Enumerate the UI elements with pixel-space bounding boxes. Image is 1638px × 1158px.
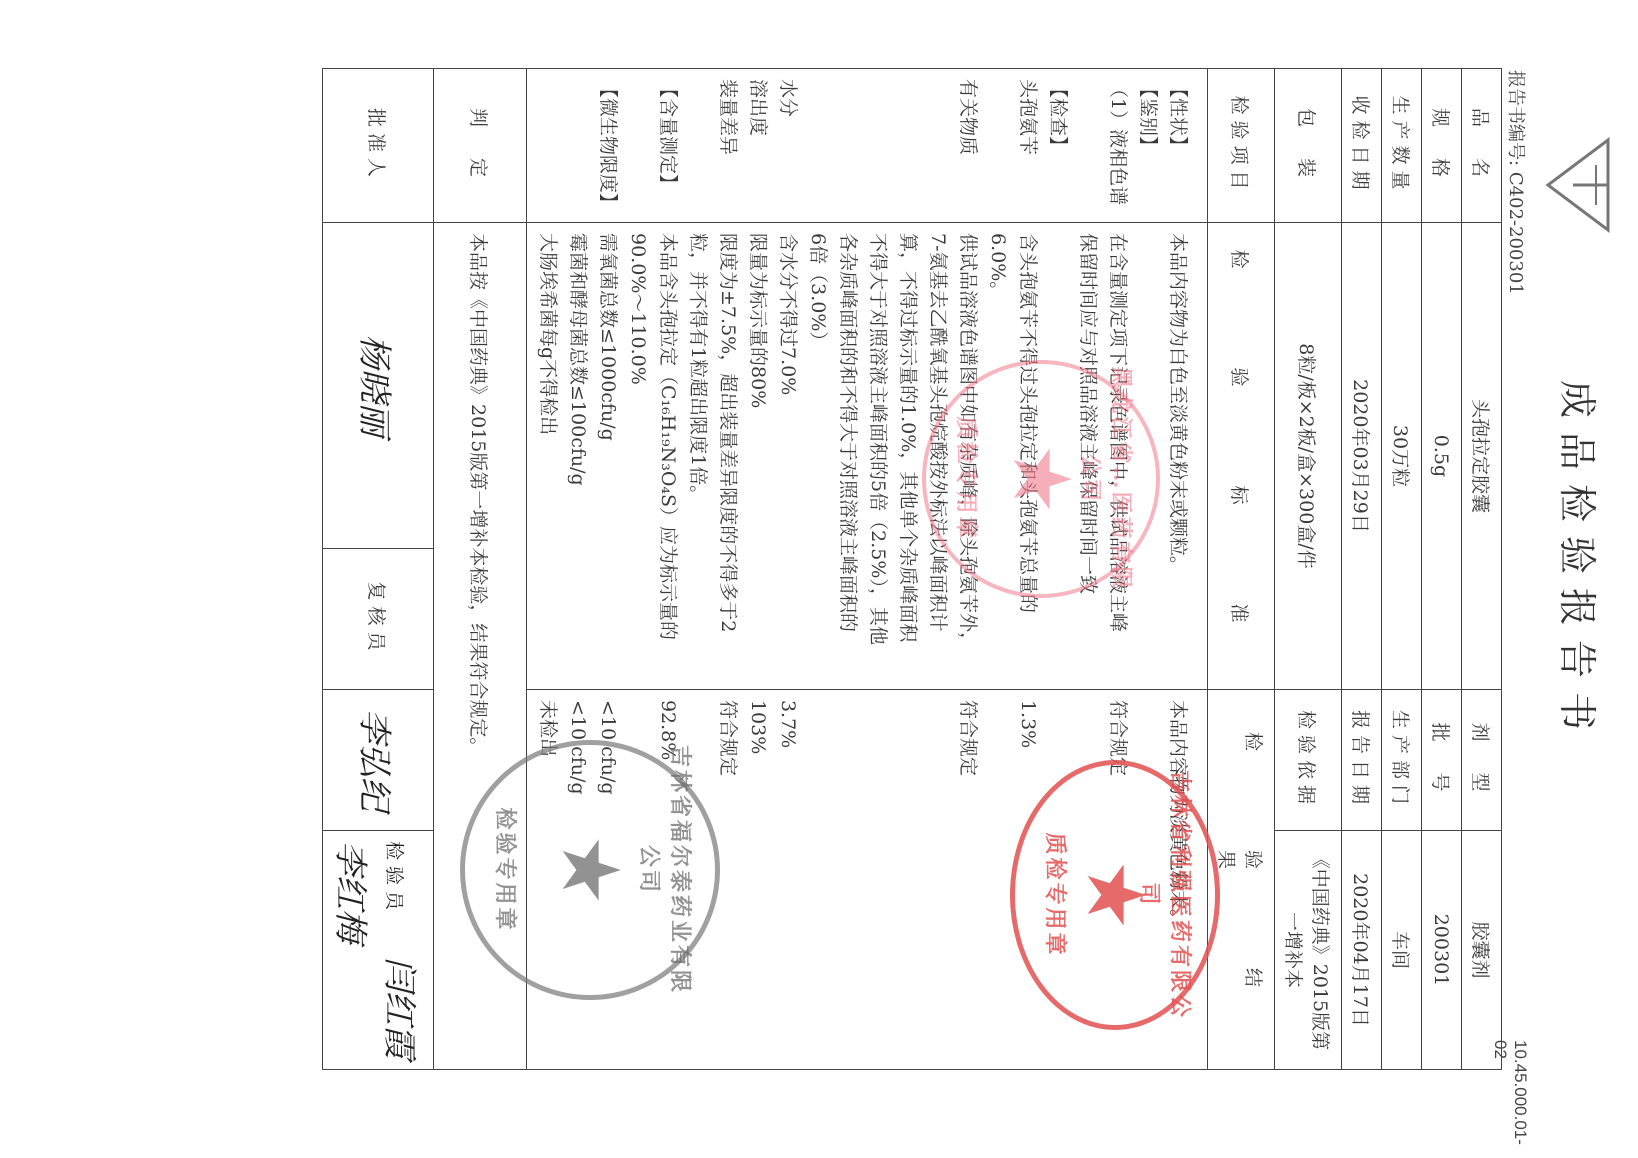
value-dept: 车间 <box>1382 830 1422 1069</box>
label-batch: 批 号 <box>1422 689 1462 830</box>
row-signatures: 批准人 杨晓丽 复核员 李弘纪 检验员 闫红霞 李红梅 <box>323 69 434 1070</box>
spacer <box>983 79 1013 212</box>
test-result-value: 未检出 <box>533 700 563 1059</box>
test-standard-line: 本品内容物为白色至淡黄色粉末或颗粒。 <box>1163 233 1193 679</box>
test-result-value: 92.8% <box>653 700 683 1059</box>
test-standard-line: 粒，并不得有1粒超出限度1倍。 <box>683 233 713 679</box>
value-received-date: 2020年03月29日 <box>1342 223 1382 690</box>
test-result-value: 1.3% <box>1013 700 1043 1059</box>
row-column-headers: 检验项目 检 验 标 准 检 验 结 果 <box>1208 69 1275 1070</box>
test-standard-line: 供试品溶液色谱图中如有杂质峰，除头孢氨苄外， <box>953 233 983 679</box>
report-table: 品 名 头孢拉定胶囊 剂 型 胶囊剂 规 格 0.5g 批 号 200301 生… <box>322 68 1502 1070</box>
signature-inspector-cell: 检验员 闫红霞 李红梅 <box>323 830 434 1069</box>
test-item-label: 【含量测定】 <box>653 79 683 212</box>
label-report-date: 报告日期 <box>1342 689 1382 830</box>
report-number-value: C402-200301 <box>1505 172 1526 295</box>
value-batch: 200301 <box>1422 830 1462 1069</box>
test-standard-line: 算，不得过标示量的1.0%，其他单个杂质峰面积 <box>893 233 923 679</box>
report-number: 报告书编号: C402-200301 <box>1504 70 1530 295</box>
header-items: 检验项目 <box>1208 69 1275 223</box>
spacer <box>1043 700 1073 1059</box>
spacer <box>893 700 923 1059</box>
label-package: 包 装 <box>1275 69 1342 223</box>
test-result-value: <10 cfu/g <box>593 700 623 1059</box>
label-product-name: 品 名 <box>1462 69 1502 223</box>
value-product-name: 头孢拉定胶囊 <box>1462 223 1502 690</box>
signature-approver: 杨晓丽 <box>323 223 434 549</box>
spacer <box>983 700 1013 1059</box>
label-received-date: 收检日期 <box>1342 69 1382 223</box>
test-standard-line: 各杂质峰面积的和不得大于对照溶液主峰面积的 <box>833 233 863 679</box>
spacer <box>803 700 833 1059</box>
test-result-value: <10 cfu/g <box>563 700 593 1059</box>
test-item-label: 【检查】 <box>1043 79 1073 212</box>
test-item-label: 【性状】 <box>1163 79 1193 212</box>
row-product: 品 名 头孢拉定胶囊 剂 型 胶囊剂 <box>1462 69 1502 1070</box>
test-result-value: 3.7% <box>773 700 803 1059</box>
test-result-value: 103% <box>743 700 773 1059</box>
label-reviewer: 复核员 <box>323 548 434 689</box>
spacer <box>623 79 653 212</box>
test-standards-column: 本品内容物为白色至淡黄色粉末或颗粒。在含量测定项下记录色谱图中，供试品溶液主峰保… <box>527 223 1208 690</box>
row-dates: 收检日期 2020年03月29日 报告日期 2020年04月17日 <box>1342 69 1382 1070</box>
test-item-label: 溶出度 <box>743 79 773 212</box>
test-standard-line: 7-氨基去乙酰氧基头孢烷酸按外标法以峰面积计 <box>923 233 953 679</box>
spacer <box>863 79 893 212</box>
value-basis: 《中国药典》2015版第一增补本 <box>1275 830 1342 1069</box>
test-standard-line: 本品含头孢拉定（C₁₆H₁₉N₃O₄S）应为标示量的 <box>653 233 683 679</box>
spacer <box>1073 700 1103 1059</box>
test-standard-line: 限度为±7.5%，超出装量差异限度的不得多于2 <box>713 233 743 679</box>
row-quantity: 生产数量 30万粒 生产部门 车间 <box>1382 69 1422 1070</box>
report-number-label: 报告书编号: <box>1505 70 1526 166</box>
test-standard-line: 含头孢氨苄不得过头孢拉定和头孢氨苄总量的 <box>1013 233 1043 679</box>
spacer <box>923 700 953 1059</box>
row-spec: 规 格 0.5g 批 号 200301 <box>1422 69 1462 1070</box>
test-result-value: 符合规定 <box>953 700 983 1059</box>
test-standard-line: 大肠埃希菌每g不得检出 <box>533 233 563 679</box>
spacer <box>1133 233 1163 679</box>
label-basis: 检验依据 <box>1275 689 1342 830</box>
spacer <box>563 79 593 212</box>
spacer <box>1073 79 1103 212</box>
row-tests: 【性状】【鉴别】（1）液相色谱【检查】头孢氨苄有关物质水分溶出度装量差异【含量测… <box>527 69 1208 1070</box>
test-standard-line: 霉菌和酵母菌总数≤100cfu/g <box>563 233 593 679</box>
test-item-label: 水分 <box>773 79 803 212</box>
test-items-column: 【性状】【鉴别】（1）液相色谱【检查】头孢氨苄有关物质水分溶出度装量差异【含量测… <box>527 69 1208 223</box>
label-conclusion: 判 定 <box>434 69 527 223</box>
signature-inspector: 闫红霞 李红梅 <box>330 841 419 1059</box>
report-title: 成品检验报告书 <box>1553 380 1608 744</box>
test-item-label: 【微生物限度】 <box>593 79 623 212</box>
test-standard-line: 限量为标示量的80% <box>743 233 773 679</box>
signature-reviewer: 李弘纪 <box>323 689 434 830</box>
header-standard: 检 验 标 准 <box>1208 223 1275 690</box>
test-item-label: 装量差异 <box>713 79 743 212</box>
test-standard-line: 保留时间应与对照品溶液主峰保留时间一致 <box>1073 233 1103 679</box>
label-dept: 生产部门 <box>1382 689 1422 830</box>
spacer <box>683 79 713 212</box>
spacer <box>863 700 893 1059</box>
label-approver: 批准人 <box>323 69 434 223</box>
test-results-column: 本品内容物为淡黄色粉末。符合规定1.3%符合规定3.7%103%符合规定92.8… <box>527 689 1208 1069</box>
spacer <box>1133 700 1163 1059</box>
value-dosage-form: 胶囊剂 <box>1462 830 1502 1069</box>
row-conclusion: 判 定 本品按《中国药典》2015版第一增补本检验，结果符合规定。 <box>434 69 527 1070</box>
test-standard-line: 6.0%。 <box>983 233 1013 679</box>
test-item-label: 有关物质 <box>953 79 983 212</box>
test-standard-line: 含水分不得过7.0% <box>773 233 803 679</box>
test-standard-line: 需氧菌总数≤1000cfu/g <box>593 233 623 679</box>
header-result: 检 验 结 果 <box>1208 689 1275 1069</box>
label-inspector: 检验员 <box>383 841 405 916</box>
value-package: 8粒/板×2板/盒×300盒/件 <box>1275 223 1342 690</box>
spacer <box>1043 233 1073 679</box>
value-quantity: 30万粒 <box>1382 223 1422 690</box>
value-spec: 0.5g <box>1422 223 1462 690</box>
spacer <box>893 79 923 212</box>
spacer <box>683 700 713 1059</box>
value-report-date: 2020年04月17日 <box>1342 830 1382 1069</box>
value-conclusion: 本品按《中国药典》2015版第一增补本检验，结果符合规定。 <box>434 223 527 1070</box>
spacer <box>533 79 563 212</box>
spacer <box>803 79 833 212</box>
spacer <box>833 700 863 1059</box>
spacer <box>833 79 863 212</box>
test-standard-line: 90.0%～110.0% <box>623 233 653 679</box>
test-result-value: 符合规定 <box>1103 700 1133 1059</box>
test-item-label: 头孢氨苄 <box>1013 79 1043 212</box>
test-item-label: （1）液相色谱 <box>1103 79 1133 212</box>
label-quantity: 生产数量 <box>1382 69 1422 223</box>
test-result-value: 本品内容物为淡黄色粉末。 <box>1163 700 1193 1059</box>
test-standard-line: 在含量测定项下记录色谱图中，供试品溶液主峰 <box>1103 233 1133 679</box>
test-standard-line: 6倍（3.0%） <box>803 233 833 679</box>
spacer <box>623 700 653 1059</box>
spacer <box>923 79 953 212</box>
label-dosage-form: 剂 型 <box>1462 689 1502 830</box>
row-package: 包 装 8粒/板×2板/盒×300盒/件 检验依据 《中国药典》2015版第一增… <box>1275 69 1342 1070</box>
test-result-value: 符合规定 <box>713 700 743 1059</box>
inspection-report-page: 成品检验报告书 报告书编号: C402-200301 10.45.000.01-… <box>150 40 1600 1130</box>
label-spec: 规 格 <box>1422 69 1462 223</box>
test-standard-line: 不得大于对照溶液主峰面积的5倍（2.5%），其他 <box>863 233 893 679</box>
test-item-label: 【鉴别】 <box>1133 79 1163 212</box>
company-logo-triangle-icon <box>1538 130 1618 240</box>
